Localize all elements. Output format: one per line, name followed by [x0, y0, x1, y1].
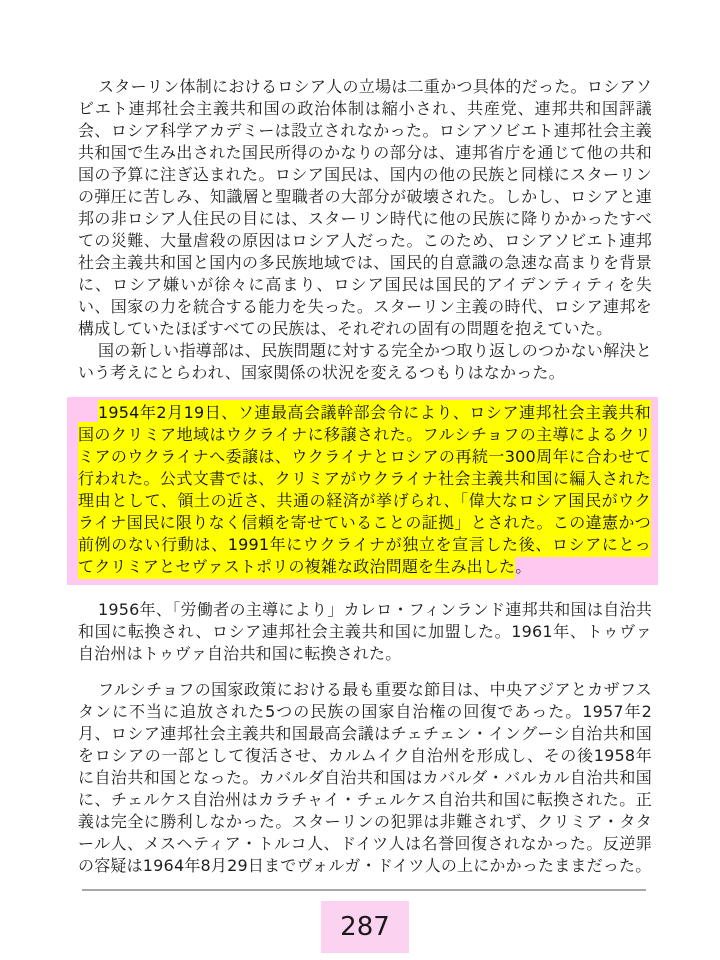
document-page: スターリン体制におけるロシア人の立場は二重かつ具体的だった。ロシアソビエト連邦社… [0, 0, 720, 960]
highlighted-paragraph: 1954年2月19日、ソ連最高会議幹部会令により、ロシア連邦社会主義共和国のクリ… [78, 402, 651, 578]
highlighted-text: 1954年2月19日、ソ連最高会議幹部会令により、ロシア連邦社会主義共和国のクリ… [78, 400, 651, 579]
highlighted-block: 1954年2月19日、ソ連最高会議幹部会令により、ロシア連邦社会主義共和国のクリ… [67, 397, 658, 585]
paragraph-karelo-finland: 1956年、「労働者の主導により」カレロ・フィンランド連邦共和国は自治共和国に転… [78, 599, 652, 665]
paragraph-stalin-position: スターリン体制におけるロシア人の立場は二重かつ具体的だった。ロシアソビエト連邦社… [78, 76, 652, 340]
page-number-box: 287 [321, 901, 409, 953]
paragraph-new-leadership: 国の新しい指導部は、民族問題に対する完全かつ取り返しのつかない解決という考えにと… [78, 340, 652, 384]
page-number: 287 [340, 912, 390, 942]
footer-divider [82, 889, 646, 891]
paragraph-khrushchev-policy: フルシチョフの国家政策における最も重要な節目は、中央アジアとカザフスタンに不当に… [78, 679, 652, 877]
highlighted-text-tail: 。 [515, 557, 531, 576]
